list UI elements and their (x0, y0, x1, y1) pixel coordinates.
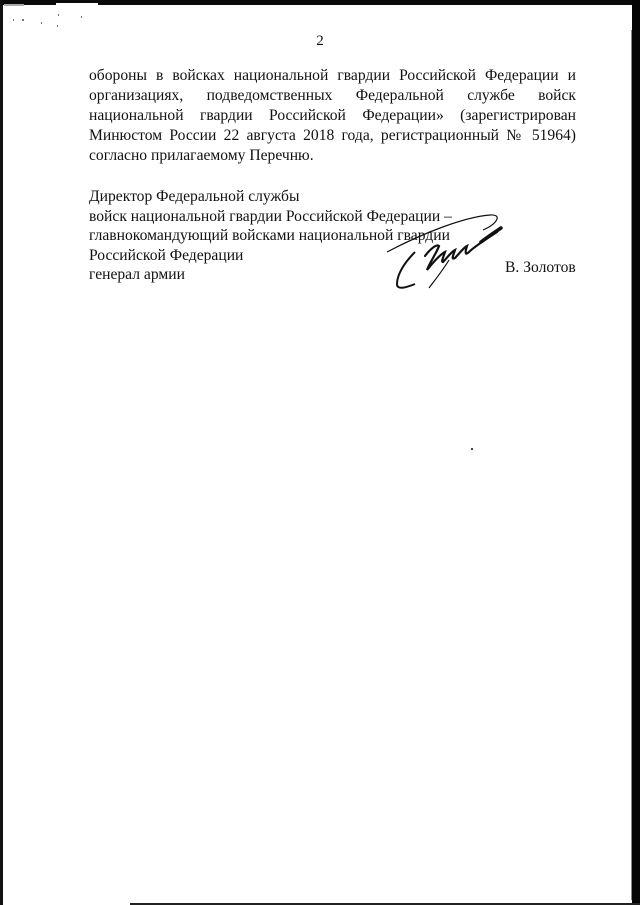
document-page: 2 обороны в войсках национальной гвардии… (0, 0, 640, 905)
page-number: 2 (0, 32, 640, 50)
scan-border-right (632, 0, 640, 905)
scan-border-left (0, 0, 3, 905)
signatory-title-line: войск национальной гвардии Российской Фе… (89, 207, 579, 227)
speck (57, 25, 58, 27)
speck (22, 19, 24, 21)
body-line: обороны в войсках национальной гвардии Р… (89, 66, 576, 86)
scan-artifact (56, 3, 98, 5)
speck (58, 14, 59, 16)
scan-speck (471, 448, 473, 450)
scan-artifact (631, 30, 632, 900)
body-paragraph: обороны в войсках национальной гвардии Р… (89, 66, 576, 166)
speck (41, 22, 42, 24)
body-line: национальной гвардии Российской Федераци… (89, 106, 576, 126)
signatory-title-line: Директор Федеральной службы (89, 187, 579, 207)
body-line: Минюстом России 22 августа 2018 года, ре… (89, 126, 576, 146)
handwritten-signature-icon (385, 212, 505, 294)
speck (81, 16, 82, 18)
scan-artifact (4, 4, 24, 6)
signer-name: В. Золотов (505, 258, 576, 277)
speck (13, 19, 14, 21)
body-line: согласно прилагаемому Перечню. (89, 146, 576, 166)
signatory-title-line: главнокомандующий войсками национальной … (89, 226, 579, 246)
body-line: организациях, подведомственных Федеральн… (89, 86, 576, 106)
